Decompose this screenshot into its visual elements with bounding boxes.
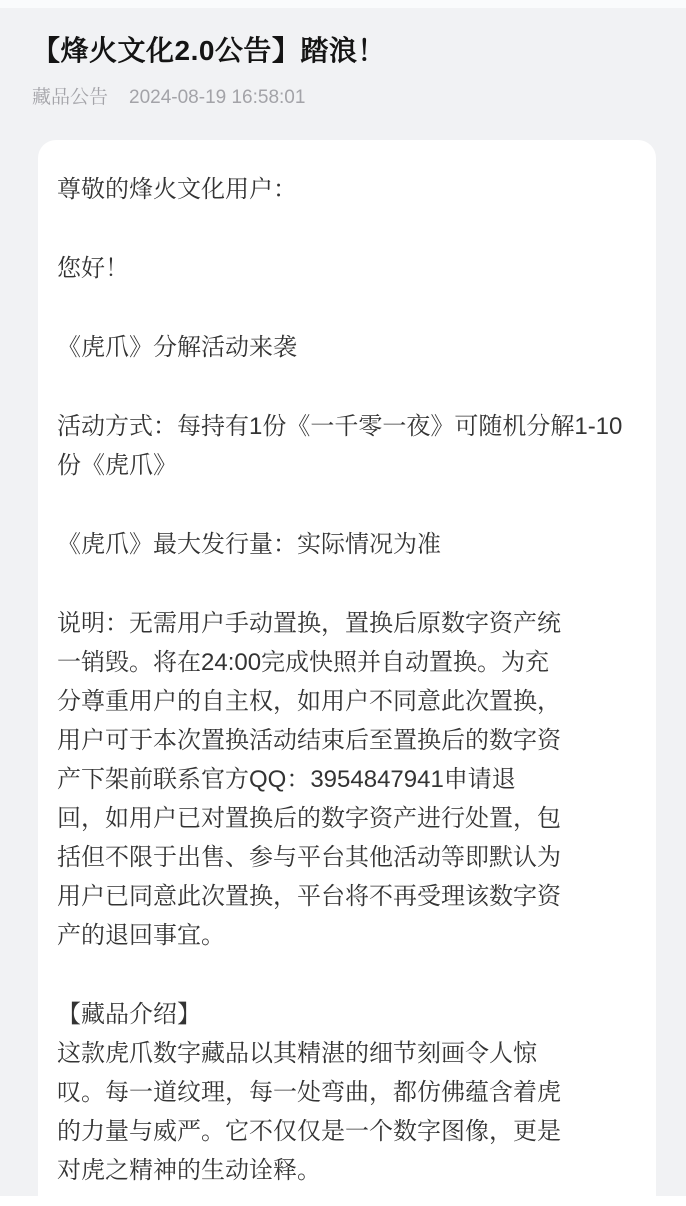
announcement-category: 藏品公告 (32, 86, 108, 110)
announcement-paragraph-instructions: 说明：无需用户手动置换，置换后原数字资产统 一销毁。将在24:00完成快照并自动… (57, 604, 636, 955)
status-bar-strip (0, 0, 686, 8)
announcement-paragraph-max-issuance: 《虎爪》最大发行量：实际情况为准 (57, 525, 636, 564)
announcement-header: 【烽火文化2.0公告】踏浪！ 藏品公告 2024-08-19 16:58:01 (0, 0, 686, 110)
announcement-paragraph-event-intro: 《虎爪》分解活动来袭 (57, 328, 636, 367)
announcement-title: 【烽火文化2.0公告】踏浪！ (32, 31, 654, 71)
announcement-meta: 藏品公告 2024-08-19 16:58:01 (32, 86, 654, 110)
announcement-paragraph-event-method: 活动方式：每持有1份《一千零一夜》可随机分解1-10 份《虎爪》 (57, 407, 636, 485)
bottom-edge-strip (0, 1196, 686, 1206)
announcement-timestamp: 2024-08-19 16:58:01 (129, 86, 305, 110)
announcement-paragraph-collection-intro: 【藏品介绍】 这款虎爪数字藏品以其精湛的细节刻画令人惊 叹。每一道纹理，每一处弯… (57, 995, 636, 1190)
announcement-card: 尊敬的烽火文化用户： 您好！ 《虎爪》分解活动来袭 活动方式：每持有1份《一千零… (38, 140, 656, 1196)
announcement-paragraph-hello: 您好！ (57, 249, 636, 288)
announcement-paragraph-greeting: 尊敬的烽火文化用户： (57, 170, 636, 209)
